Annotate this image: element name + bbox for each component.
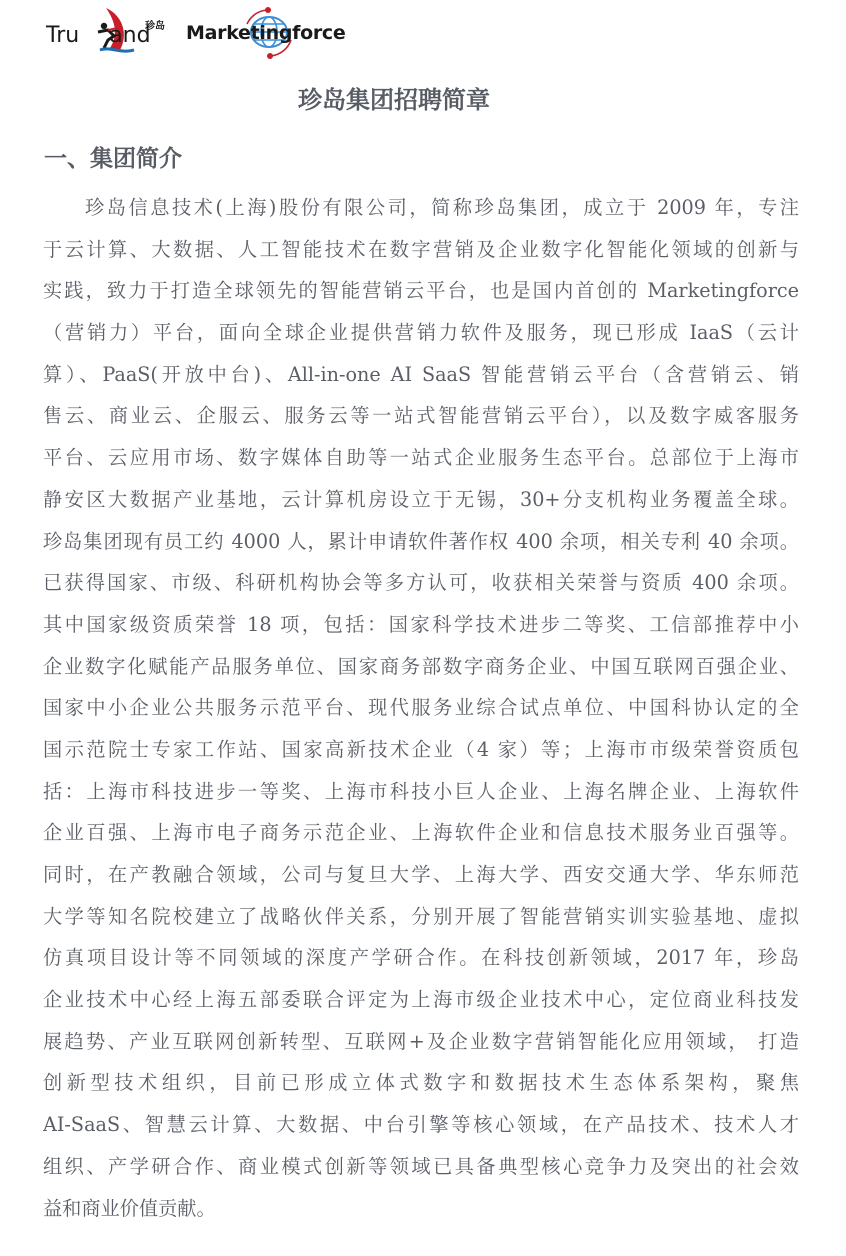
paragraph-line: 平台、云应用市场、数字媒体自助等一站式企业服务生态平台。总部位于上海市 <box>43 437 799 479</box>
paragraph-line: 企业数字化赋能产品服务单位、国家商务部数字商务企业、中国互联网百强企业、 <box>43 646 799 688</box>
paragraph-line: 国家中小企业公共服务示范平台、现代服务业综合试点单位、中国科协认定的全 <box>43 687 799 729</box>
paragraph-line: 益和商业价值贡献。 <box>43 1188 799 1230</box>
company-intro-paragraph: 珍岛信息技术(上海)股份有限公司，简称珍岛集团，成立于 2009 年，专注 于云… <box>43 187 799 1229</box>
paragraph-line: 实践，致力于打造全球领先的智能营销云平台，也是国内首创的 Marketingfo… <box>43 270 799 312</box>
paragraph-line: AI-SaaS、智慧云计算、大数据、中台引擎等核心领域，在产品技术、技术人才 <box>43 1104 799 1146</box>
paragraph-line: 展趋势、产业互联网创新转型、互联网+及企业数字营销智能化应用领域， 打造 <box>43 1021 799 1063</box>
paragraph-line: （营销力）平台，面向全球企业提供营销力软件及服务，现已形成 IaaS（云计 <box>43 312 799 354</box>
paragraph-line: 括：上海市科技进步一等奖、上海市科技小巨人企业、上海名牌企业、上海软件 <box>43 771 799 813</box>
paragraph-line: 静安区大数据产业基地，云计算机房设立于无锡，30+分支机构业务覆盖全球。 <box>43 479 799 521</box>
paragraph-line: 企业百强、上海市电子商务示范企业、上海软件企业和信息技术服务业百强等。 <box>43 812 799 854</box>
paragraph-line: 于云计算、大数据、人工智能技术在数字营销及企业数字化智能化领域的创新与 <box>43 229 799 271</box>
trueland-cn-mark: 珍岛 <box>145 17 165 32</box>
logo-bar: Truand 珍岛 Marketingforce <box>44 6 361 54</box>
trueland-wordmark: Truand <box>46 23 151 48</box>
paragraph-line: 同时，在产教融合领域，公司与复旦大学、上海大学、西安交通大学、华东师范 <box>43 854 799 896</box>
marketingforce-logo: Marketingforce <box>186 6 361 54</box>
paragraph-line: 企业技术中心经上海五部委联合评定为上海市级企业技术中心，定位商业科技发 <box>43 979 799 1021</box>
section-heading: 一、集团简介 <box>44 140 182 173</box>
paragraph-line: 大学等知名院校建立了战略伙伴关系，分别开展了智能营销实训实验基地、虚拟 <box>43 896 799 938</box>
paragraph-line: 已获得国家、市级、科研机构协会等多方认可，收获相关荣誉与资质 400 余项。 <box>43 562 799 604</box>
paragraph-line: 珍岛信息技术(上海)股份有限公司，简称珍岛集团，成立于 2009 年，专注 <box>43 187 799 229</box>
trueland-logo: Truand 珍岛 <box>44 6 172 54</box>
paragraph-line: 组织、产学研合作、商业模式创新等领域已具备典型核心竞争力及突出的社会效 <box>43 1146 799 1188</box>
paragraph-line: 算）、PaaS(开放中台)、All-in-one AI SaaS 智能营销云平台… <box>43 354 799 396</box>
paragraph-line: 国示范院士专家工作站、国家高新技术企业（4 家）等；上海市市级荣誉资质包 <box>43 729 799 771</box>
paragraph-line: 仿真项目设计等不同领域的深度产学研合作。在科技创新领域，2017 年，珍岛 <box>43 937 799 979</box>
paragraph-line: 珍岛集团现有员工约 4000 人，累计申请软件著作权 400 余项，相关专利 4… <box>43 521 799 563</box>
page-title: 珍岛集团招聘简章 <box>0 80 784 115</box>
paragraph-line: 售云、商业云、企服云、服务云等一站式智能营销云平台），以及数字威客服务 <box>43 395 799 437</box>
marketingforce-wordmark: Marketingforce <box>186 22 345 44</box>
paragraph-line: 其中国家级资质荣誉 18 项，包括：国家科学技术进步二等奖、工信部推荐中小 <box>43 604 799 646</box>
paragraph-line: 创新型技术组织，目前已形成立体式数字和数据技术生态体系架构，聚焦 <box>43 1062 799 1104</box>
